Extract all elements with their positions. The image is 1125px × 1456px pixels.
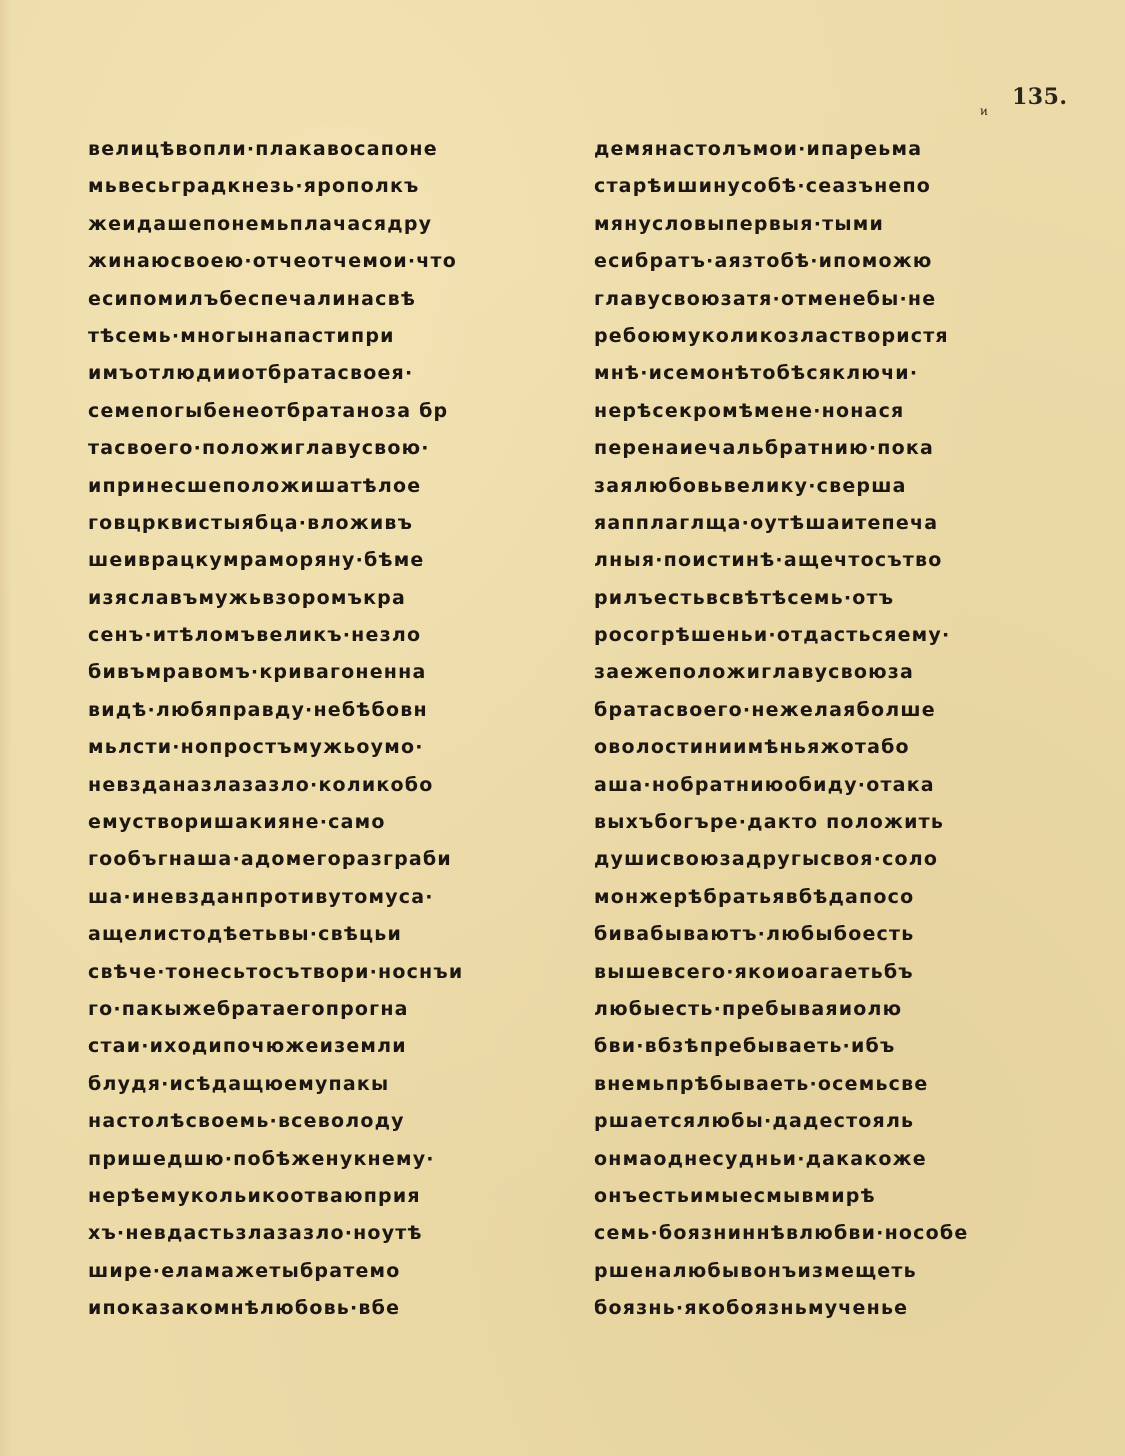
manuscript-line: боязнь·якобоязньмученье: [594, 1290, 1069, 1327]
manuscript-line: нерѣемукольикоотваюприя: [88, 1178, 563, 1215]
manuscript-line: мнѣ·исемонѣтобѣсяключи·: [594, 355, 1069, 392]
folio-mark: ͷ: [980, 104, 988, 118]
manuscript-line: блудя·исѣдащюемупакы: [88, 1066, 563, 1103]
manuscript-line: бви·вбзѣпребываеть·ибъ: [594, 1028, 1069, 1065]
manuscript-line: любыесть·пребываяиолю: [594, 991, 1069, 1028]
manuscript-line: онъестьимыесмывмирѣ: [594, 1178, 1069, 1215]
manuscript-line: мьвесьградкнезь·ярополкъ: [88, 168, 563, 205]
manuscript-line: велицѣвопли·плакавосапоне: [88, 131, 563, 168]
manuscript-line: семепогыбенеотбратаноза бр: [88, 393, 563, 430]
manuscript-line: главусвоюзатя·отменебы·не: [594, 281, 1069, 318]
manuscript-line: есипомилъбеспечалинасвѣ: [88, 281, 563, 318]
manuscript-line: братасвоего·нежелаяболше: [594, 692, 1069, 729]
manuscript-line: стаи·иходипочюжеиземли: [88, 1028, 563, 1065]
manuscript-line: видѣ·любяправду·небѣбовн: [88, 692, 563, 729]
manuscript-line: ипринесшеположишатѣлое: [88, 468, 563, 505]
manuscript-line: гообъгнаша·адомегоразграби: [88, 841, 563, 878]
manuscript-line: ршаетсялюбы·дадестояль: [594, 1103, 1069, 1140]
manuscript-line: шеиврацкумраморяну·бѣме: [88, 542, 563, 579]
manuscript-line: свѣче·тонесьтосътвори·носнъи: [88, 954, 563, 991]
manuscript-line: бивъмравомъ·кривагоненна: [88, 654, 563, 691]
manuscript-line: аша·нобратниюобиду·отака: [594, 767, 1069, 804]
page-left-edge-shading: [0, 0, 12, 1456]
manuscript-line: ащелистодѣетьвы·свѣцьи: [88, 916, 563, 953]
manuscript-line: емустворишакияне·само: [88, 804, 563, 841]
manuscript-line: тѣсемь·многынапастипри: [88, 318, 563, 355]
manuscript-line: невзданазлазазло·коликобо: [88, 767, 563, 804]
manuscript-line: заялюбовьвелику·сверша: [594, 468, 1069, 505]
manuscript-line: настолѣсвоемь·всеволоду: [88, 1103, 563, 1140]
manuscript-line: говцрквистыябца·вложивъ: [88, 505, 563, 542]
manuscript-line: бивабываютъ·любыбоесть: [594, 916, 1069, 953]
manuscript-line: лныя·поистинѣ·ащечтосътво: [594, 542, 1069, 579]
manuscript-line: имъотлюдииотбратасвоея·: [88, 355, 563, 392]
manuscript-line: жинаюсвоею·отчеотчемои·что: [88, 243, 563, 280]
manuscript-line: пришедшю·побѣженукнему·: [88, 1141, 563, 1178]
manuscript-line: старѣишинусобѣ·сеазънепо: [594, 168, 1069, 205]
manuscript-line: мьлсти·нопростъмужьоумо·: [88, 729, 563, 766]
manuscript-line: ша·иневзданпротивутомуса·: [88, 879, 563, 916]
left-text-column: велицѣвопли·плакавосапоне мьвесьградкнез…: [88, 131, 563, 1328]
manuscript-line: есибратъ·аязтобѣ·ипоможю: [594, 243, 1069, 280]
manuscript-line: перенаиечальбратнию·пока: [594, 430, 1069, 467]
manuscript-line: вышевсего·якоиоагаетьбъ: [594, 954, 1069, 991]
manuscript-line: оволостиниимѣньяжотабо: [594, 729, 1069, 766]
manuscript-line: выхъбогъре·дакто положить: [594, 804, 1069, 841]
manuscript-line: го·пакыжебратаегопрогна: [88, 991, 563, 1028]
manuscript-line: росогрѣшеньи·отдастьсяему·: [594, 617, 1069, 654]
manuscript-line: ипоказакомнѣлюбовь·вбе: [88, 1290, 563, 1327]
manuscript-line: заежеположиглавусвоюза: [594, 654, 1069, 691]
manuscript-line: монжерѣбратьявбѣдапосо: [594, 879, 1069, 916]
manuscript-line: рилъестьвсвѣтѣсемь·отъ: [594, 580, 1069, 617]
manuscript-line: жеидашепонемьплачасядру: [88, 206, 563, 243]
manuscript-line: изяславъмужьвзоромъкра: [88, 580, 563, 617]
manuscript-line: нерѣсекромѣмене·нонася: [594, 393, 1069, 430]
manuscript-line: хъ·невдастьзлазазло·ноутѣ: [88, 1215, 563, 1252]
manuscript-line: внемьпрѣбываеть·осемьсве: [594, 1066, 1069, 1103]
manuscript-line: тасвоего·положиглавусвою·: [88, 430, 563, 467]
manuscript-line: ршеналюбывонъизмещеть: [594, 1253, 1069, 1290]
manuscript-line: онмаоднесудньи·дакакоже: [594, 1141, 1069, 1178]
manuscript-line: ребоюмуколикозластвористя: [594, 318, 1069, 355]
manuscript-line: шире·еламажетыбратемо: [88, 1253, 563, 1290]
manuscript-line: демянастолъмои·ипареьма: [594, 131, 1069, 168]
manuscript-line: семь·боязниннѣвлюбви·нособе: [594, 1215, 1069, 1252]
right-text-column: демянастолъмои·ипареьма старѣишинусобѣ·с…: [594, 131, 1069, 1328]
manuscript-line: яапплаглща·оутѣшаитепеча: [594, 505, 1069, 542]
page-number: 135.: [1012, 84, 1068, 110]
manuscript-line: сенъ·итѣломъвеликъ·незло: [88, 617, 563, 654]
manuscript-line: душисвоюзадругысвоя·соло: [594, 841, 1069, 878]
manuscript-line: мянусловыпервыя·тыми: [594, 206, 1069, 243]
